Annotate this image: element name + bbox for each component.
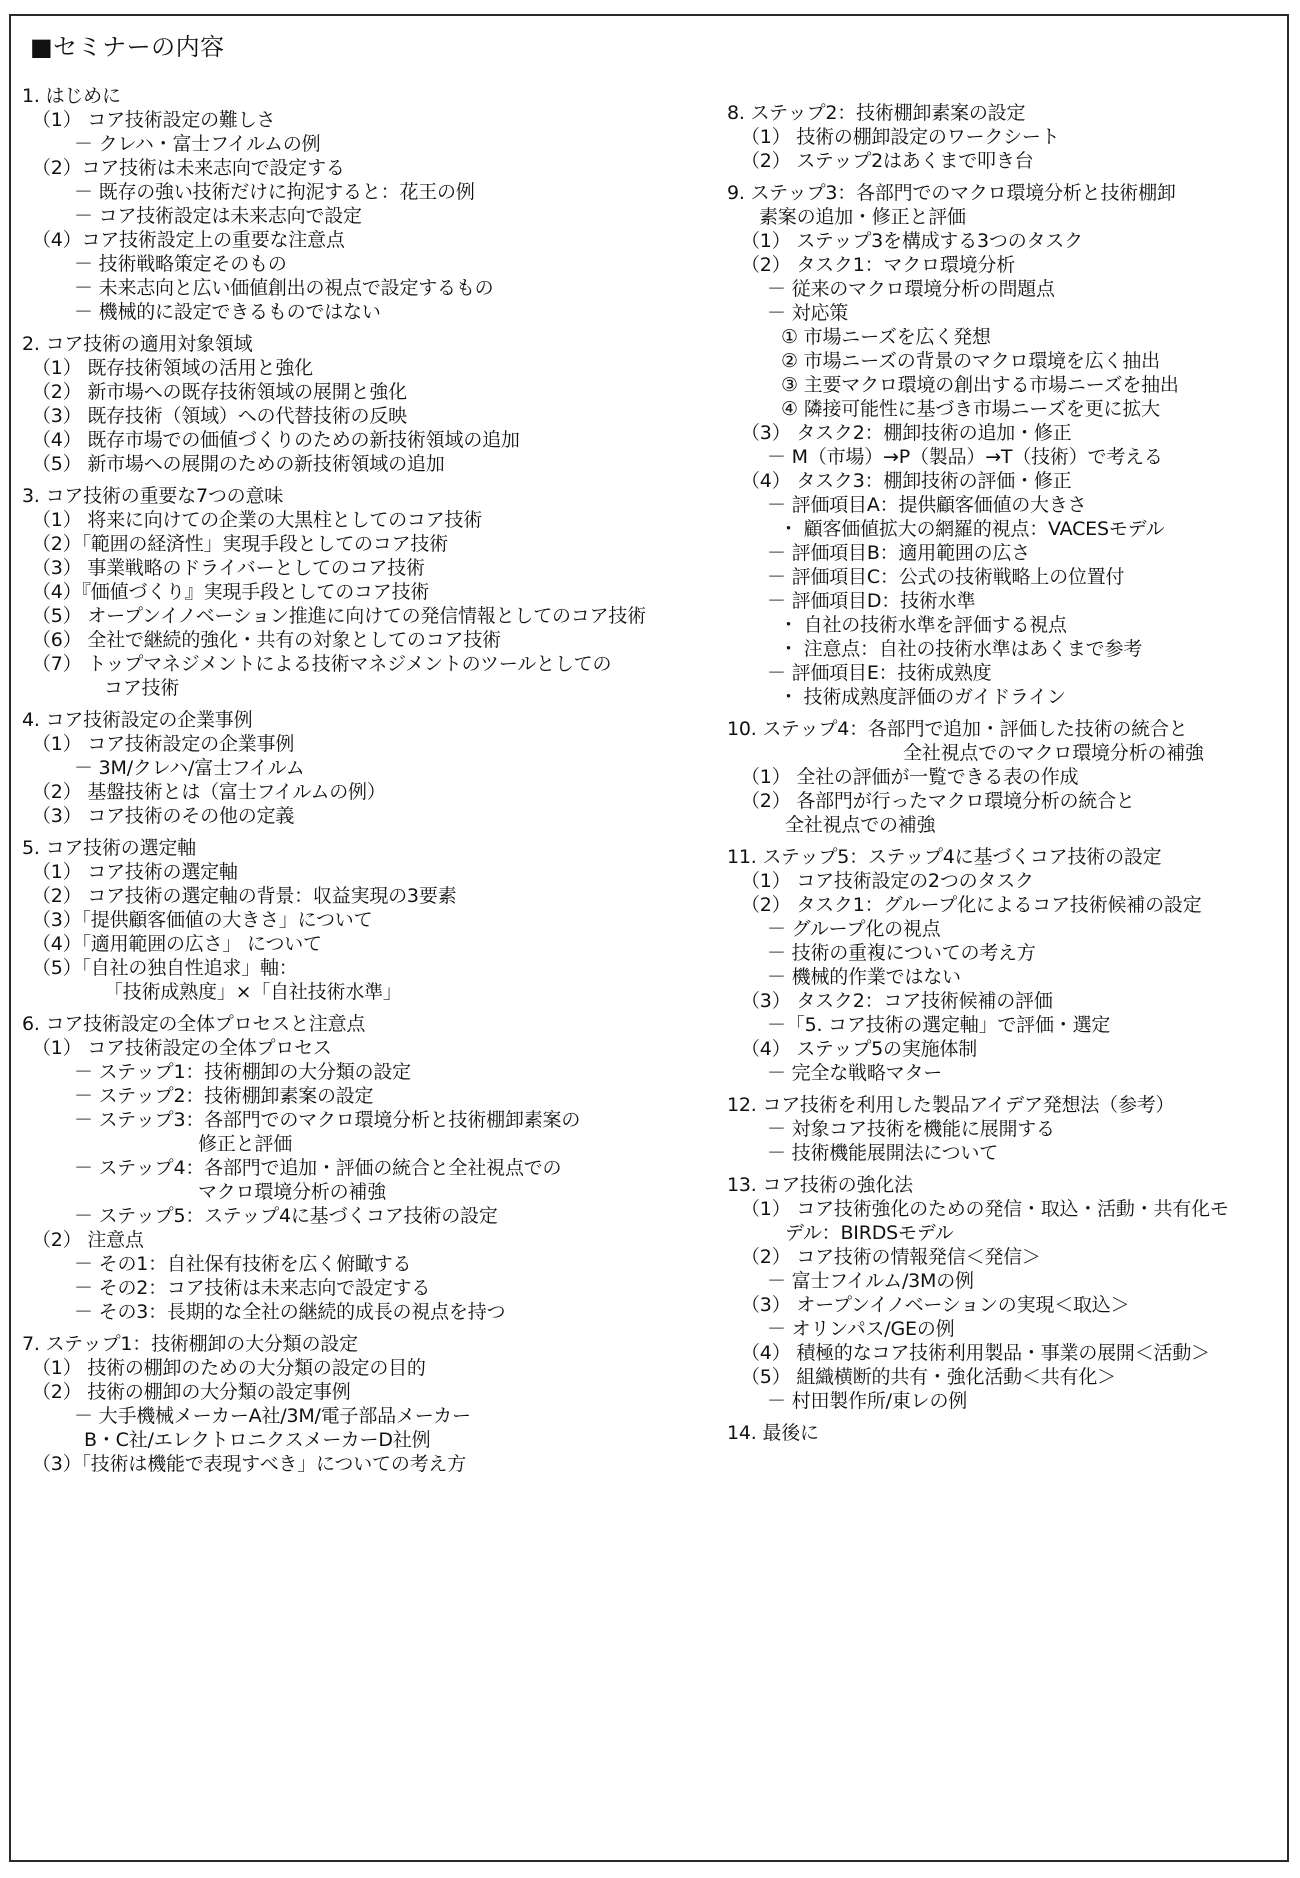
section-heading: 13. コア技術の強化法 [727,1173,1292,1197]
outline-section: 11. ステップ5：ステップ4に基づくコア技術の設定（1） コア技術設定の2つの… [727,845,1292,1085]
outline-item: （2） 注意点 [22,1228,722,1252]
outline-item: （2） タスク1：グループ化によるコア技術候補の設定 [727,893,1292,917]
outline-item: （1） コア技術強化のための発信・取込・活動・共有化モ [727,1197,1292,1221]
outline-item: － ステップ3：各部門でのマクロ環境分析と技術棚卸素案の [22,1108,722,1132]
outline-item: （5） 組織横断的共有・強化活動＜共有化＞ [727,1365,1292,1389]
section-heading: 6. コア技術設定の全体プロセスと注意点 [22,1012,722,1036]
outline-section: 1. はじめに（1） コア技術設定の難しさ－ クレハ・富士フイルムの例（2）コア… [22,84,722,324]
outline-section: 7. ステップ1：技術棚卸の大分類の設定（1） 技術の棚卸のための大分類の設定の… [22,1332,722,1476]
outline-item: （4）『価値づくり』実現手段としてのコア技術 [22,580,722,604]
section-heading: 3. コア技術の重要な7つの意味 [22,484,722,508]
outline-item: （4） ステップ5の実施体制 [727,1037,1292,1061]
outline-section: 12. コア技術を利用した製品アイデア発想法（参考）－ 対象コア技術を機能に展開… [727,1093,1292,1165]
outline-item: （2） コア技術の選定軸の背景：収益実現の3要素 [22,884,722,908]
section-heading: 12. コア技術を利用した製品アイデア発想法（参考） [727,1093,1292,1117]
outline-item: － グループ化の視点 [727,917,1292,941]
outline-section: 8. ステップ2：技術棚卸素案の設定（1） 技術の棚卸設定のワークシート（2） … [727,101,1292,173]
section-heading: 11. ステップ5：ステップ4に基づくコア技術の設定 [727,845,1292,869]
outline-item: （3） 既存技術（領域）への代替技術の反映 [22,404,722,428]
outline-item: （1） 全社の評価が一覧できる表の作成 [727,765,1292,789]
outline-item: （1） 技術の棚卸のための大分類の設定の目的 [22,1356,722,1380]
outline-item: （4） 積極的なコア技術利用製品・事業の展開＜活動＞ [727,1341,1292,1365]
outline-item: （2）「範囲の経済性」実現手段としてのコア技術 [22,532,722,556]
outline-section: 6. コア技術設定の全体プロセスと注意点（1） コア技術設定の全体プロセス－ ス… [22,1012,722,1324]
outline-item: 全社視点での補強 [727,813,1292,837]
outline-item: （1） コア技術の選定軸 [22,860,722,884]
outline-item: － 従来のマクロ環境分析の問題点 [727,277,1292,301]
outline-item: － 評価項目D：技術水準 [727,589,1292,613]
outline-item: （3） タスク2：棚卸技術の追加・修正 [727,421,1292,445]
outline-item: （3） コア技術のその他の定義 [22,804,722,828]
outline-item: － 技術機能展開法について [727,1141,1292,1165]
outline-item: ・ 技術成熟度評価のガイドライン [727,685,1292,709]
section-heading: 10. ステップ4：各部門で追加・評価した技術の統合と [727,717,1292,741]
outline-item: コア技術 [22,676,722,700]
outline-item: － M（市場）→P（製品）→T（技術）で考える [727,445,1292,469]
outline-item: － 対応策 [727,301,1292,325]
outline-item: （1） コア技術設定の全体プロセス [22,1036,722,1060]
outline-item: （4）コア技術設定上の重要な注意点 [22,228,722,252]
page-title: ■セミナーの内容 [30,30,225,64]
outline-item: （1） コア技術設定の難しさ [22,108,722,132]
outline-section: 5. コア技術の選定軸（1） コア技術の選定軸（2） コア技術の選定軸の背景：収… [22,836,722,1004]
outline-item: B・C社/エレクトロニクスメーカーD社例 [22,1428,722,1452]
outline-item: － 富士フイルム/3Mの例 [727,1269,1292,1293]
outline-item: （2） 新市場への既存技術領域の展開と強化 [22,380,722,404]
outline-item: － 評価項目A：提供顧客価値の大きさ [727,493,1292,517]
outline-section: 2. コア技術の適用対象領域（1） 既存技術領域の活用と強化（2） 新市場への既… [22,332,722,476]
section-heading: 2. コア技術の適用対象領域 [22,332,722,356]
outline-item: （6） 全社で継続的強化・共有の対象としてのコア技術 [22,628,722,652]
outline-item: （2） タスク1：マクロ環境分析 [727,253,1292,277]
outline-item: ③ 主要マクロ環境の創出する市場ニーズを抽出 [727,373,1292,397]
outline-section: 3. コア技術の重要な7つの意味（1） 将来に向けての企業の大黒柱としてのコア技… [22,484,722,700]
outline-section: 10. ステップ4：各部門で追加・評価した技術の統合と全社視点でのマクロ環境分析… [727,717,1292,837]
outline-right-column: 8. ステップ2：技術棚卸素案の設定（1） 技術の棚卸設定のワークシート（2） … [727,101,1292,1453]
section-heading: 9. ステップ3：各部門でのマクロ環境分析と技術棚卸 [727,181,1292,205]
outline-item: －「5. コア技術の選定軸」で評価・選定 [727,1013,1292,1037]
section-heading: 14. 最後に [727,1421,1292,1445]
outline-item: － ステップ2：技術棚卸素案の設定 [22,1084,722,1108]
outline-section: 13. コア技術の強化法（1） コア技術強化のための発信・取込・活動・共有化モデ… [727,1173,1292,1413]
outline-item: 「技術成熟度」×「自社技術水準」 [22,980,722,1004]
outline-item: （1） コア技術設定の企業事例 [22,732,722,756]
outline-item: 修正と評価 [22,1132,722,1156]
outline-item: （4）「適用範囲の広さ」 について [22,932,722,956]
outline-item: － 技術の重複についての考え方 [727,941,1292,965]
outline-section: 14. 最後に [727,1421,1292,1445]
outline-item: － ステップ1：技術棚卸の大分類の設定 [22,1060,722,1084]
outline-item: － オリンパス/GEの例 [727,1317,1292,1341]
section-heading: 7. ステップ1：技術棚卸の大分類の設定 [22,1332,722,1356]
outline-item: （2） 基盤技術とは（富士フイルムの例） [22,780,722,804]
outline-left-column: 1. はじめに（1） コア技術設定の難しさ－ クレハ・富士フイルムの例（2）コア… [22,84,722,1484]
outline-item: ② 市場ニーズの背景のマクロ環境を広く抽出 [727,349,1292,373]
outline-item: － 機械的作業ではない [727,965,1292,989]
outline-item: － クレハ・富士フイルムの例 [22,132,722,156]
outline-item: （2） 各部門が行ったマクロ環境分析の統合と [727,789,1292,813]
outline-item: － 技術戦略策定そのもの [22,252,722,276]
outline-item: － その2：コア技術は未来志向で設定する [22,1276,722,1300]
outline-item: （1） 将来に向けての企業の大黒柱としてのコア技術 [22,508,722,532]
outline-item: － 評価項目C：公式の技術戦略上の位置付 [727,565,1292,589]
outline-item: － 未来志向と広い価値創出の視点で設定するもの [22,276,722,300]
outline-item: （7） トップマネジメントによる技術マネジメントのツールとしての [22,652,722,676]
outline-item: （5） オープンイノベーション推進に向けての発信情報としてのコア技術 [22,604,722,628]
outline-item: 素案の追加・修正と評価 [727,205,1292,229]
outline-item: デル：BIRDSモデル [727,1221,1292,1245]
outline-item: － コア技術設定は未来志向で設定 [22,204,722,228]
section-heading: 1. はじめに [22,84,722,108]
outline-item: （2） コア技術の情報発信＜発信＞ [727,1245,1292,1269]
outline-item: ④ 隣接可能性に基づき市場ニーズを更に拡大 [727,397,1292,421]
outline-item: ① 市場ニーズを広く発想 [727,325,1292,349]
outline-item: － 村田製作所/東レの例 [727,1389,1292,1413]
outline-item: マクロ環境分析の補強 [22,1180,722,1204]
outline-item: － その3：長期的な全社の継続的成長の視点を持つ [22,1300,722,1324]
outline-item: （2） ステップ2はあくまで叩き台 [727,149,1292,173]
outline-item: － ステップ4：各部門で追加・評価の統合と全社視点での [22,1156,722,1180]
outline-item: （2） 技術の棚卸の大分類の設定事例 [22,1380,722,1404]
section-heading: 5. コア技術の選定軸 [22,836,722,860]
section-heading: 4. コア技術設定の企業事例 [22,708,722,732]
outline-item: （4） 既存市場での価値づくりのための新技術領域の追加 [22,428,722,452]
outline-item: － 大手機械メーカーA社/3M/電子部品メーカー [22,1404,722,1428]
outline-item: （2）コア技術は未来志向で設定する [22,156,722,180]
outline-item: － 対象コア技術を機能に展開する [727,1117,1292,1141]
outline-item: ・ 自社の技術水準を評価する視点 [727,613,1292,637]
outline-section: 9. ステップ3：各部門でのマクロ環境分析と技術棚卸素案の追加・修正と評価（1）… [727,181,1292,709]
outline-item: （3） タスク2：コア技術候補の評価 [727,989,1292,1013]
outline-item: （1） 技術の棚卸設定のワークシート [727,125,1292,149]
outline-item: － 3M/クレハ/富士フイルム [22,756,722,780]
outline-item: （3） 事業戦略のドライバーとしてのコア技術 [22,556,722,580]
outline-item: 全社視点でのマクロ環境分析の補強 [727,741,1292,765]
outline-item: （5）「自社の独自性追求」軸： [22,956,722,980]
outline-item: ・ 顧客価値拡大の網羅的視点：VACESモデル [727,517,1292,541]
outline-item: （4） タスク3：棚卸技術の評価・修正 [727,469,1292,493]
outline-item: － 評価項目B：適用範囲の広さ [727,541,1292,565]
outline-item: （3） オープンイノベーションの実現＜取込＞ [727,1293,1292,1317]
outline-item: ・ 注意点：自社の技術水準はあくまで参考 [727,637,1292,661]
outline-item: － 既存の強い技術だけに拘泥すると：花王の例 [22,180,722,204]
outline-item: （5） 新市場への展開のための新技術領域の追加 [22,452,722,476]
outline-item: （3）「技術は機能で表現すべき」についての考え方 [22,1452,722,1476]
outline-item: － 評価項目E：技術成熟度 [727,661,1292,685]
section-heading: 8. ステップ2：技術棚卸素案の設定 [727,101,1292,125]
outline-item: （3）「提供顧客価値の大きさ」について [22,908,722,932]
outline-item: － ステップ5：ステップ4に基づくコア技術の設定 [22,1204,722,1228]
outline-item: － 機械的に設定できるものではない [22,300,722,324]
outline-section: 4. コア技術設定の企業事例（1） コア技術設定の企業事例－ 3M/クレハ/富士… [22,708,722,828]
outline-item: （1） コア技術設定の2つのタスク [727,869,1292,893]
outline-item: （1） 既存技術領域の活用と強化 [22,356,722,380]
outline-item: － その1：自社保有技術を広く俯瞰する [22,1252,722,1276]
outline-item: （1） ステップ3を構成する3つのタスク [727,229,1292,253]
outline-item: － 完全な戦略マター [727,1061,1292,1085]
